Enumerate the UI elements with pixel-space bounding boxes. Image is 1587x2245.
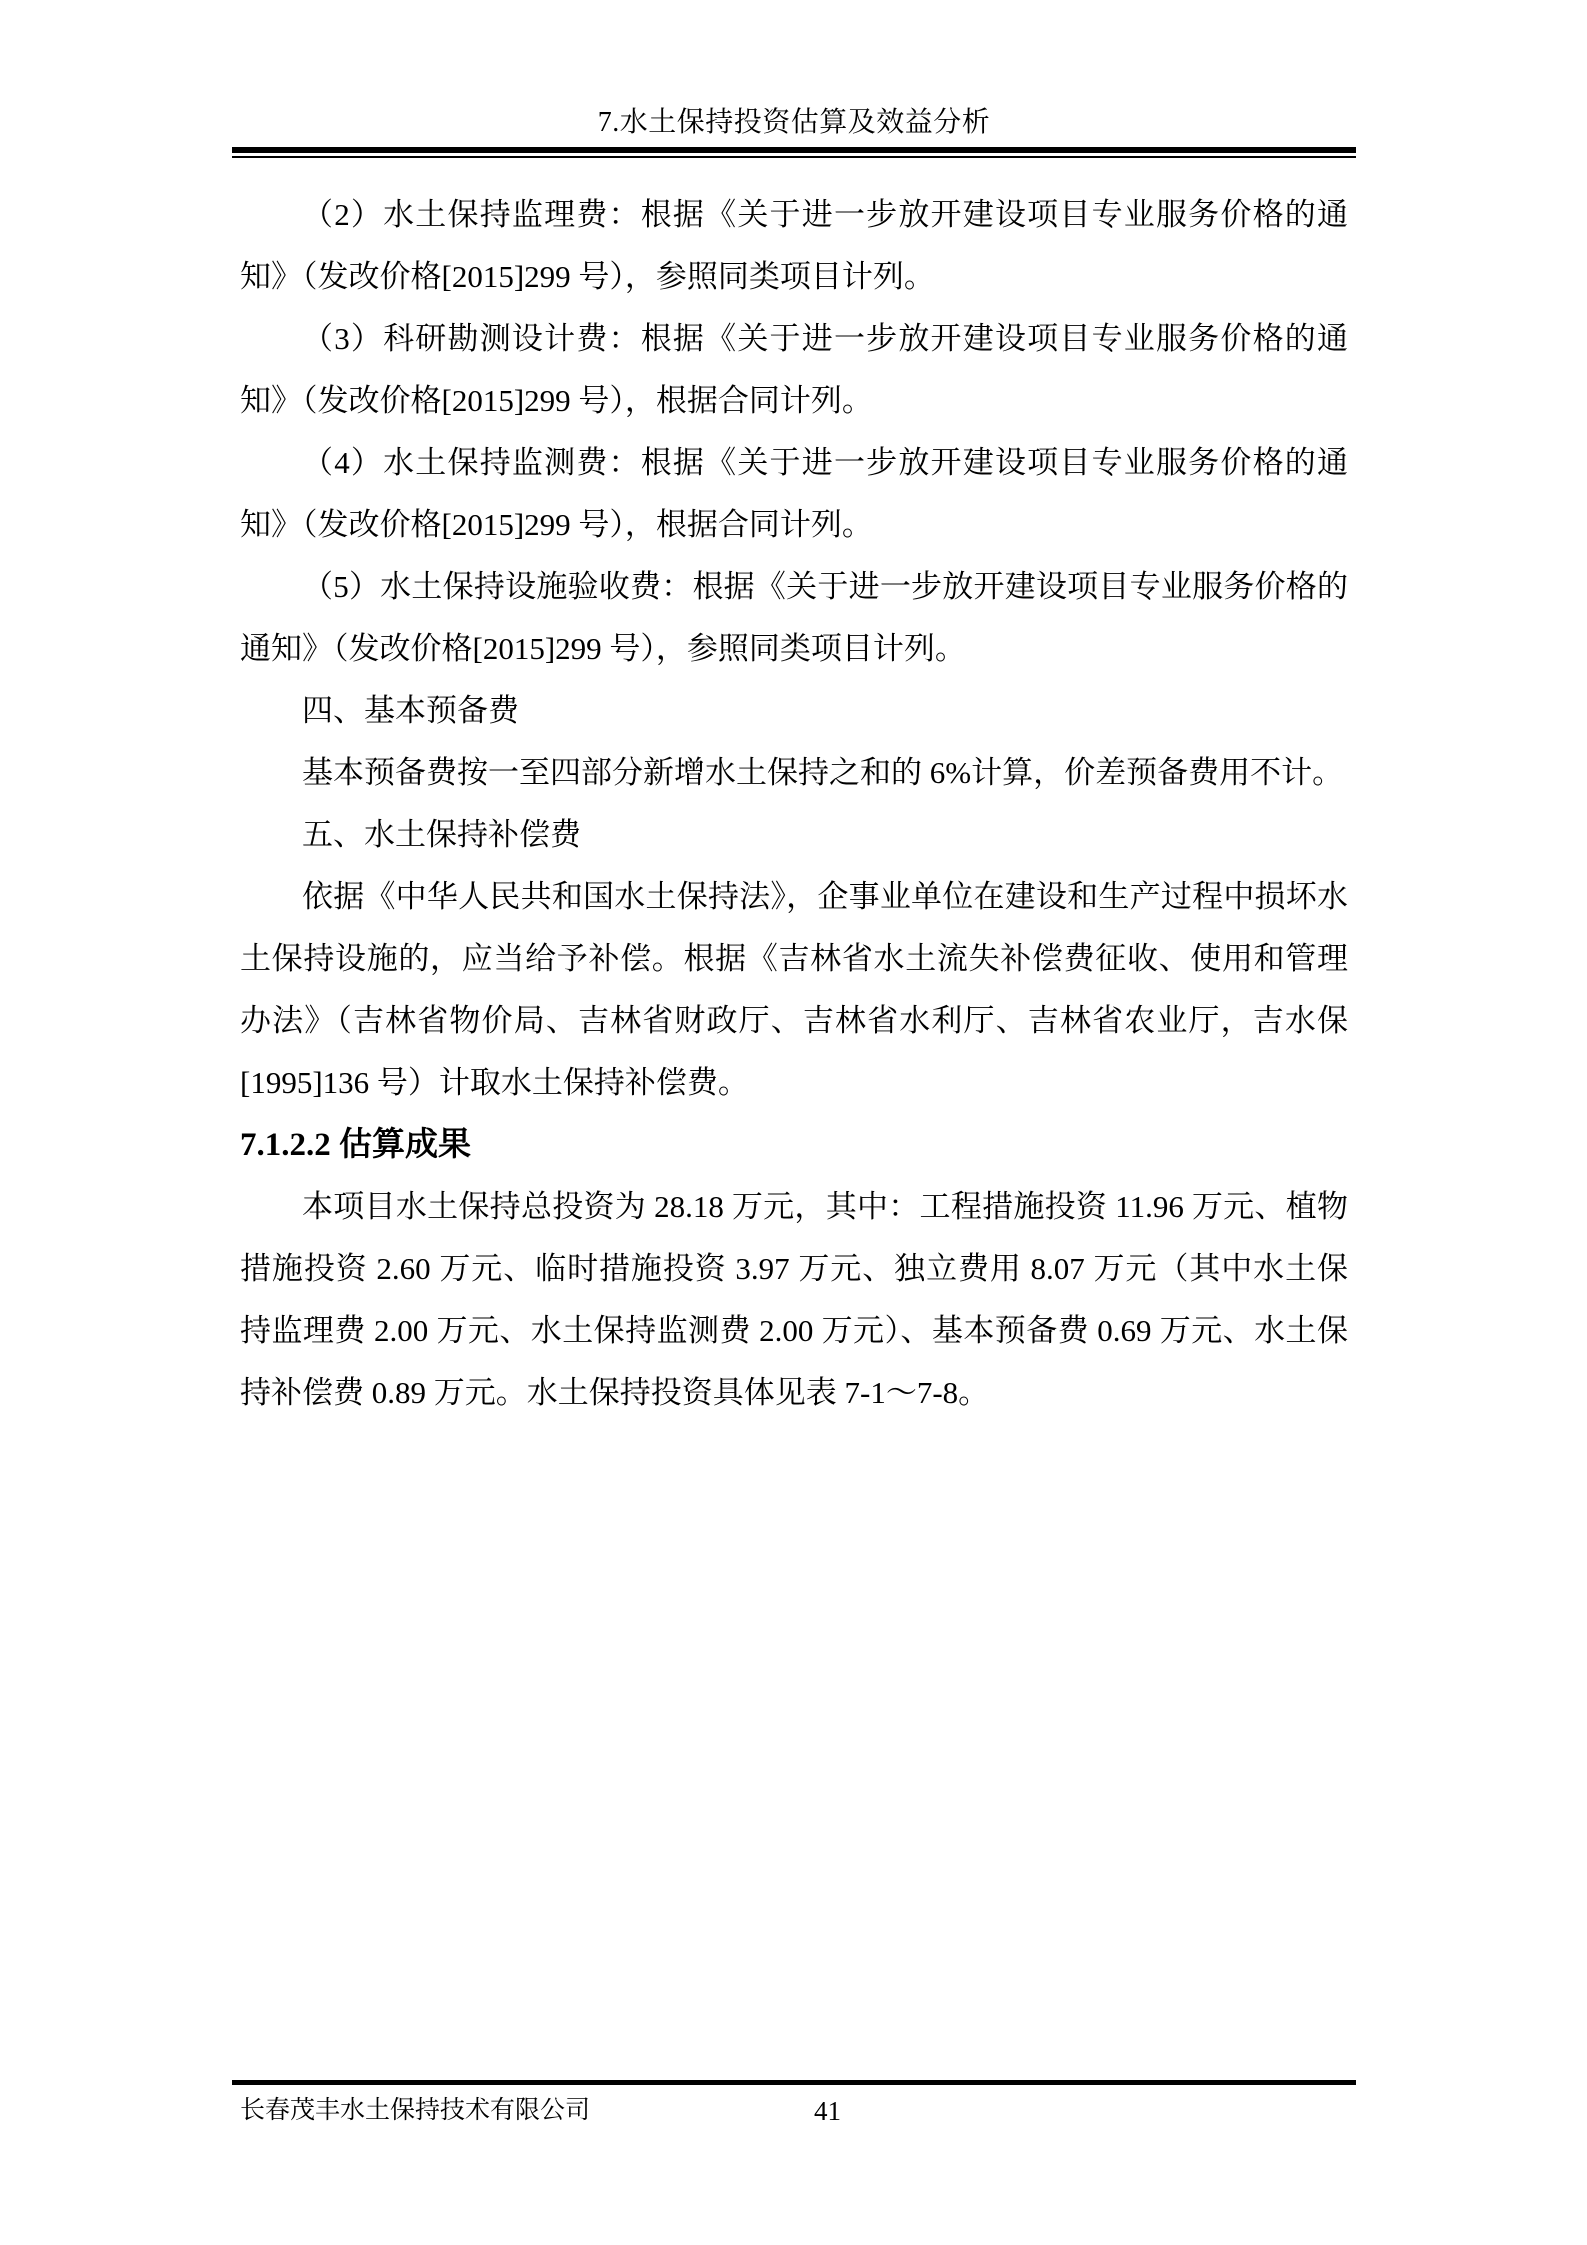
paragraph-fee-monitoring: （4）水土保持监测费：根据《关于进一步放开建设项目专业服务价格的通知》（发改价格… — [240, 432, 1348, 556]
page-footer: 长春茂丰水土保持技术有限公司 41 — [232, 2090, 1356, 2132]
page-number: 41 — [814, 2090, 841, 2132]
section-five-title: 五、水土保持补偿费 — [240, 804, 1348, 866]
paragraph-fee-facility-acceptance: （5）水土保持设施验收费：根据《关于进一步放开建设项目专业服务价格的通知》（发改… — [240, 556, 1348, 680]
header-divider-thin-line — [232, 156, 1356, 158]
heading-estimate-result: 7.1.2.2 估算成果 — [240, 1114, 1348, 1176]
header-divider-thick-line — [232, 147, 1356, 153]
document-body: （2）水土保持监理费：根据《关于进一步放开建设项目专业服务价格的通知》（发改价格… — [240, 184, 1348, 1424]
document-page: 7.水土保持投资估算及效益分析 （2）水土保持监理费：根据《关于进一步放开建设项… — [0, 0, 1587, 2245]
paragraph-basic-reserve-fee: 基本预备费按一至四部分新增水土保持之和的 6%计算，价差预备费用不计。 — [240, 742, 1348, 804]
page-header-title: 7.水土保持投资估算及效益分析 — [232, 104, 1356, 142]
paragraph-fee-supervision: （2）水土保持监理费：根据《关于进一步放开建设项目专业服务价格的通知》（发改价格… — [240, 184, 1348, 308]
paragraph-compensation-fee: 依据《中华人民共和国水土保持法》，企事业单位在建设和生产过程中损坏水土保持设施的… — [240, 866, 1348, 1114]
footer-company-name: 长春茂丰水土保持技术有限公司 — [240, 2090, 590, 2132]
footer-divider — [232, 2080, 1356, 2085]
paragraph-estimate-summary: 本项目水土保持总投资为 28.18 万元，其中：工程措施投资 11.96 万元、… — [240, 1176, 1348, 1424]
section-four-title: 四、基本预备费 — [240, 680, 1348, 742]
paragraph-fee-research-survey-design: （3）科研勘测设计费：根据《关于进一步放开建设项目专业服务价格的通知》（发改价格… — [240, 308, 1348, 432]
header-divider — [232, 147, 1356, 158]
